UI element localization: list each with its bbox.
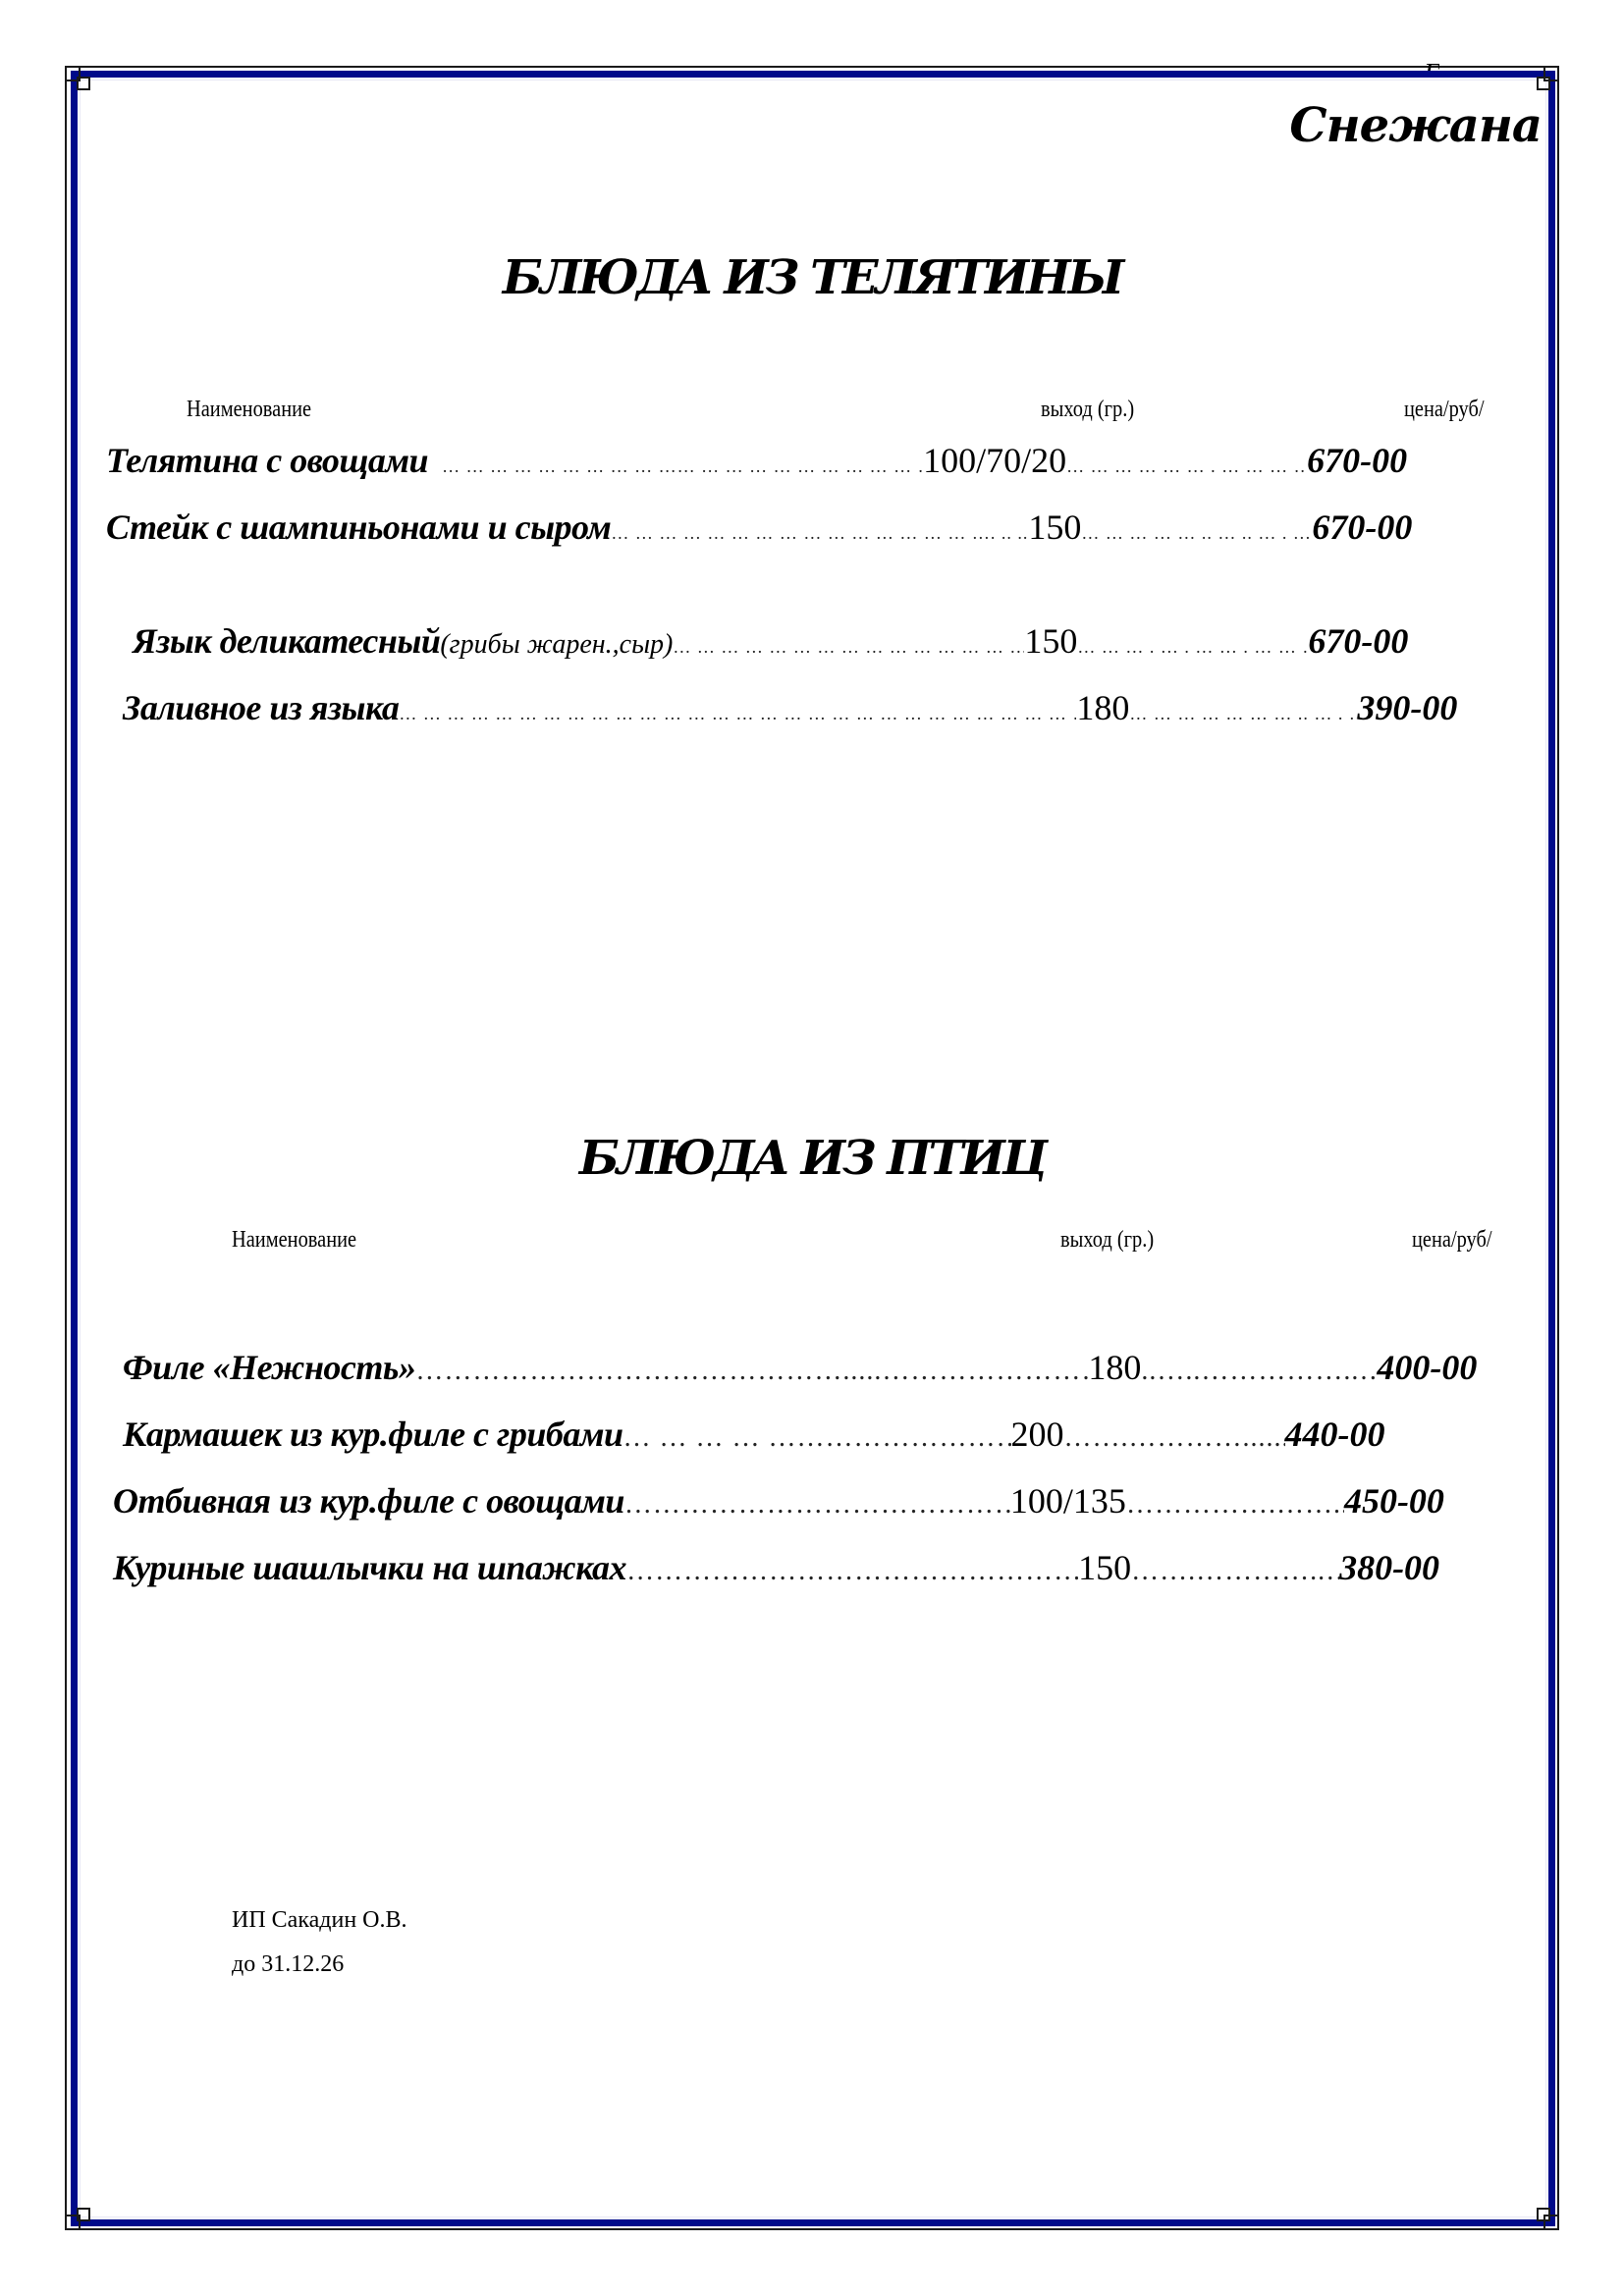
- column-header-name: Наименование: [187, 397, 311, 423]
- leader-dots: …….…………......………....: [1064, 1422, 1285, 1454]
- item-yield: 150: [1028, 507, 1081, 548]
- menu-item: Заливное из языка … … … … … … … … … … … …: [123, 687, 1457, 728]
- leader-dots: … … … … ………………………………………………: [623, 1422, 1011, 1454]
- leader-dots: … … … … … … … … … … … … … … … … … … … … …: [399, 704, 1076, 724]
- leader-dots: … … … … … … … … … … … … … … … … … …: [673, 637, 1024, 658]
- item-name: Стейк с шампиньонами и сыром: [106, 507, 611, 548]
- item-price: 670-00: [1312, 507, 1412, 548]
- menu-item: Кармашек из кур.филе с грибами … … … … ……: [123, 1414, 1385, 1455]
- leader-dots: … … … … … … … … … … … … … … … …. .. .. ……: [611, 523, 1028, 544]
- column-header-name: Наименование: [232, 1227, 356, 1254]
- item-name: Кармашек из кур.филе с грибами: [123, 1414, 623, 1455]
- item-yield: 150: [1024, 620, 1077, 662]
- item-price: 670-00: [1307, 440, 1407, 481]
- item-price: 450-00: [1344, 1480, 1444, 1522]
- item-yield: 200: [1011, 1414, 1064, 1455]
- item-name: Заливное из языка: [123, 687, 399, 728]
- item-price: 670-00: [1308, 620, 1408, 662]
- item-name: Куриные шашлычки на шпажках: [113, 1547, 626, 1588]
- leader-dots: ..…..……………..………….: [1141, 1356, 1377, 1387]
- item-price: 400-00: [1377, 1347, 1477, 1388]
- leader-dots: …….…………..…..: [1131, 1556, 1339, 1587]
- menu-item: Куриные шашлычки на шпажках …………………………………: [113, 1547, 1439, 1588]
- item-name: Отбивная из кур.филе с овощами: [113, 1480, 624, 1522]
- column-header-yield: выход (гр.): [1060, 1227, 1154, 1254]
- menu-item: Отбивная из кур.филе с овощами …………………………: [113, 1480, 1444, 1522]
- owner-label: ИП Сакадин О.В.: [232, 1907, 407, 1934]
- leader-dots: … … … … … .. … .. … . … … …: [1081, 523, 1312, 544]
- leader-dots: … … … . … . … … . … … … …: [1077, 637, 1308, 658]
- item-note: (грибы жарен.,сыр): [440, 629, 673, 661]
- leader-dots: … … … … … … . … … … … …: [1066, 456, 1307, 477]
- item-yield: 100/70/20: [923, 440, 1066, 481]
- leader-dots: …………………………………………………..: [624, 1489, 1010, 1521]
- item-yield: 100/135: [1010, 1480, 1126, 1522]
- menu-item: Стейк с шампиньонами и сыром … … … … … ……: [106, 507, 1412, 548]
- validity-date: до 31.12.26: [232, 1951, 344, 1978]
- leader-dots: ……………………………………….....………………………………..…….: [415, 1356, 1088, 1387]
- item-yield: 180: [1088, 1347, 1141, 1388]
- leader-dots: … … … … … … … … … …… … … … … … … … … … ……: [428, 456, 923, 477]
- item-name: Филе «Нежность»: [123, 1347, 415, 1388]
- menu-item: Телятина с овощами … … … … … … … … … …… …: [106, 440, 1407, 481]
- item-name: Язык деликатесный: [133, 620, 440, 662]
- leader-dots: ……………………………………………………..: [626, 1556, 1078, 1587]
- item-yield: 150: [1078, 1547, 1131, 1588]
- item-price: 440-00: [1285, 1414, 1385, 1455]
- column-header-yield: выход (гр.): [1041, 397, 1134, 423]
- cropped-header-text: Г: [1424, 55, 1439, 71]
- section-title-poultry: БЛЮДА ИЗ ПТИЦ: [0, 1131, 1624, 1186]
- restaurant-logo: Снежана: [1289, 98, 1542, 153]
- menu-item: Филе «Нежность» ……………………………………….....……………: [123, 1347, 1477, 1388]
- leader-dots: … … … … … … … .. … . … … …: [1129, 704, 1357, 724]
- item-price: 390-00: [1357, 687, 1457, 728]
- leader-dots: …………….……..…...: [1126, 1489, 1344, 1521]
- item-name: Телятина с овощами: [106, 440, 428, 481]
- item-price: 380-00: [1339, 1547, 1439, 1588]
- item-yield: 180: [1076, 687, 1129, 728]
- column-header-price: цена/руб/: [1412, 1227, 1492, 1254]
- menu-item: Язык деликатесный (грибы жарен.,сыр) … ……: [133, 620, 1408, 662]
- section-title-veal: БЛЮДА ИЗ ТЕЛЯТИНЫ: [0, 250, 1624, 305]
- column-header-price: цена/руб/: [1404, 397, 1485, 423]
